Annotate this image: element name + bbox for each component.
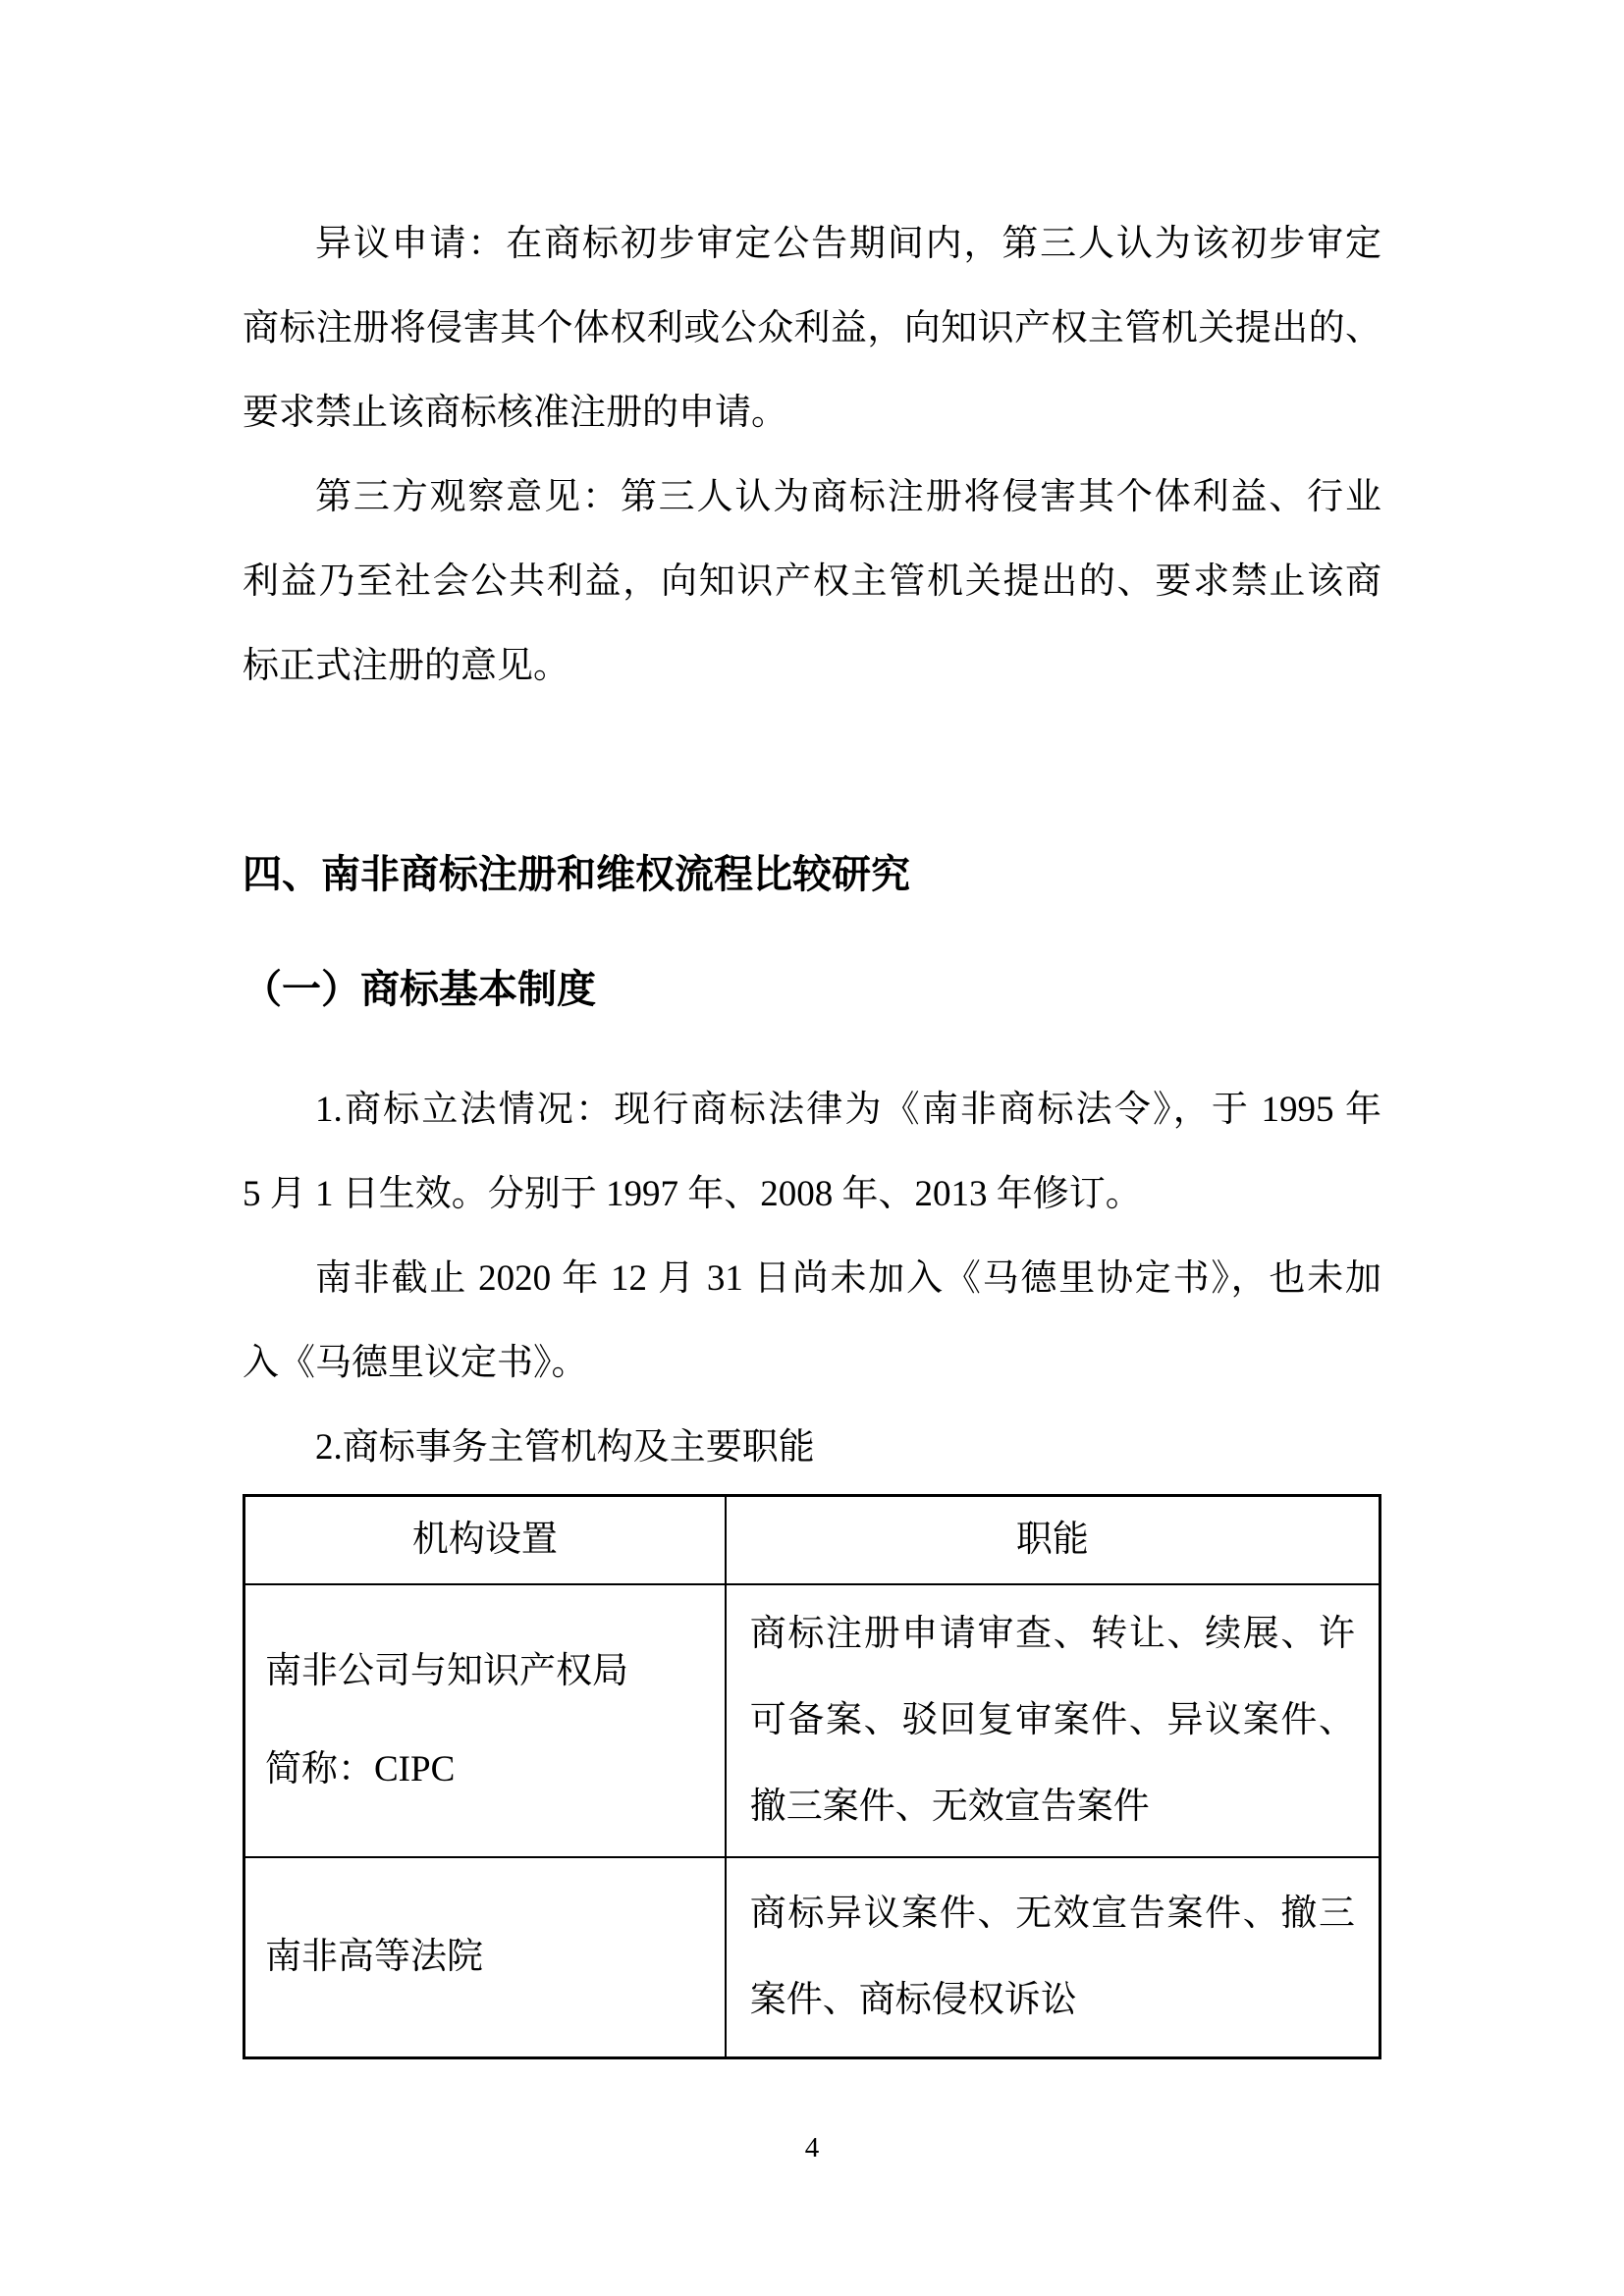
duty-line: 撤三案件、无效宣告案件 bbox=[750, 1764, 1355, 1850]
section-heading: 四、南非商标注册和维权流程比较研究 bbox=[243, 832, 1381, 917]
paragraph-madrid: 南非截止 2020 年 12 月 31 日尚未加入《马德里协定书》，也未加 入《… bbox=[243, 1237, 1381, 1406]
paragraph-opposition-application: 异议申请：在商标初步审定公告期间内，第三人认为该初步审定 商标注册将侵害其个体权… bbox=[243, 202, 1381, 455]
paragraph-line: 2.商标事务主管机构及主要职能 bbox=[243, 1406, 1381, 1490]
paragraph-line: 第三方观察意见：第三人认为商标注册将侵害其个体利益、行业 bbox=[243, 455, 1381, 540]
duty-line: 案件、商标侵权诉讼 bbox=[750, 1957, 1355, 2044]
subsection-heading: （一）商标基本制度 bbox=[243, 947, 1381, 1032]
paragraph-line: 1.商标立法情况：现行商标法律为《南非商标法令》，于 1995 年 bbox=[243, 1068, 1381, 1152]
duty-line: 可备案、驳回复审案件、异议案件、 bbox=[750, 1678, 1355, 1764]
paragraph-legislation: 1.商标立法情况：现行商标法律为《南非商标法令》，于 1995 年 5 月 1 … bbox=[243, 1068, 1381, 1237]
org-line: 南非公司与知识产权局 bbox=[265, 1623, 725, 1721]
table-header-organization: 机构设置 bbox=[244, 1496, 726, 1585]
table-row: 南非高等法院 商标异议案件、无效宣告案件、撤三 案件、商标侵权诉讼 bbox=[244, 1857, 1380, 2057]
paragraph-line: 入《马德里议定书》。 bbox=[243, 1321, 1381, 1406]
org-cell-high-court: 南非高等法院 bbox=[244, 1857, 726, 2057]
paragraph-line: 商标注册将侵害其个体权利或公众利益，向知识产权主管机关提出的、 bbox=[243, 287, 1381, 371]
paragraph-line: 标正式注册的意见。 bbox=[243, 624, 1381, 709]
paragraph-authorities: 2.商标事务主管机构及主要职能 bbox=[243, 1406, 1381, 1490]
duty-line: 商标异议案件、无效宣告案件、撤三 bbox=[750, 1871, 1355, 1957]
table-header-row: 机构设置 职能 bbox=[244, 1496, 1380, 1585]
table-row: 南非公司与知识产权局 简称：CIPC 商标注册申请审查、转让、续展、许 可备案、… bbox=[244, 1584, 1380, 1857]
paragraph-line: 利益乃至社会公共利益，向知识产权主管机关提出的、要求禁止该商 bbox=[243, 540, 1381, 624]
org-line: 南非高等法院 bbox=[265, 1908, 725, 2006]
duty-cell-cipc: 商标注册申请审查、转让、续展、许 可备案、驳回复审案件、异议案件、 撤三案件、无… bbox=[726, 1584, 1380, 1857]
org-line: 简称：CIPC bbox=[265, 1721, 725, 1819]
table-header-function: 职能 bbox=[726, 1496, 1380, 1585]
document-page: 异议申请：在商标初步审定公告期间内，第三人认为该初步审定 商标注册将侵害其个体权… bbox=[0, 0, 1624, 2296]
duty-cell-high-court: 商标异议案件、无效宣告案件、撤三 案件、商标侵权诉讼 bbox=[726, 1857, 1380, 2057]
page-number: 4 bbox=[243, 2120, 1381, 2175]
paragraph-line: 要求禁止该商标核准注册的申请。 bbox=[243, 371, 1381, 455]
paragraph-line: 异议申请：在商标初步审定公告期间内，第三人认为该初步审定 bbox=[243, 202, 1381, 287]
duty-line: 商标注册申请审查、转让、续展、许 bbox=[750, 1591, 1355, 1678]
paragraph-third-party-observation: 第三方观察意见：第三人认为商标注册将侵害其个体利益、行业 利益乃至社会公共利益，… bbox=[243, 455, 1381, 709]
org-cell-cipc: 南非公司与知识产权局 简称：CIPC bbox=[244, 1584, 726, 1857]
paragraph-line: 5 月 1 日生效。分别于 1997 年、2008 年、2013 年修订。 bbox=[243, 1152, 1381, 1237]
document-body: 异议申请：在商标初步审定公告期间内，第三人认为该初步审定 商标注册将侵害其个体权… bbox=[243, 0, 1381, 2059]
authorities-table: 机构设置 职能 南非公司与知识产权局 简称：CIPC 商标注册申请审查、转让、续… bbox=[243, 1494, 1381, 2059]
paragraph-line: 南非截止 2020 年 12 月 31 日尚未加入《马德里协定书》，也未加 bbox=[243, 1237, 1381, 1321]
